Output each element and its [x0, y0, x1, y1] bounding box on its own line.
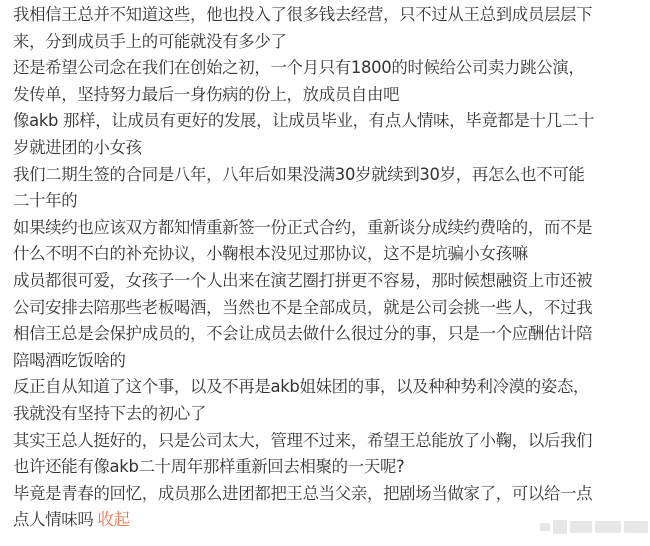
collapse-link[interactable]: 收起	[97, 510, 129, 529]
watermark-block	[540, 523, 550, 531]
comment-line-text: 点人情味吗	[13, 510, 93, 529]
comment-text: 我相信王总并不知道这些，他也投入了很多钱去经营，只不过从王总到成员层层下 来，分…	[13, 2, 643, 534]
comment-line: 公司安排去陪那些老板喝酒，当然也不是全部成员，就是公司会挑一些人，不过我	[13, 295, 643, 322]
comment-line: 成员都很可爱，女孩子一个人出来在演艺圈打拼更不容易，那时候想融资上市还被	[13, 268, 643, 295]
comment-line: 还是希望公司念在我们在创始之初，一个月只有1800的时候给公司卖力跳公演，	[13, 55, 643, 82]
blurred-watermark-icon	[540, 518, 648, 536]
watermark-block	[595, 521, 621, 533]
comment-line: 毕竟是青春的回忆，成员那么进团都把王总当父亲，把剧场当做家了，可以给一点	[13, 481, 643, 508]
comment-line: 发传单，坚持努力最后一身伤病的份上，放成员自由吧	[13, 82, 643, 109]
watermark-block	[624, 521, 648, 533]
comment-line: 我们二期生签的合同是八年，八年后如果没满30岁就续到30岁，再怎么也不可能	[13, 162, 643, 189]
watermark-block	[553, 520, 567, 534]
comment-line: 岁就进团的小女孩	[13, 135, 643, 162]
watermark-block	[570, 521, 592, 533]
comment-line: 相信王总是会保护成员的，不会让成员去做什么很过分的事，只是一个应酬估计陪	[13, 321, 643, 348]
comment-line: 什么不明不白的补充协议，小鞠根本没见过那协议，这不是坑骗小女孩嘛	[13, 241, 643, 268]
comment-line: 如果续约也应该双方都知情重新签一份正式合约，重新谈分成续约费啥的，而不是	[13, 215, 643, 242]
comment-line: 也许还能有像akb二十周年那样重新回去相聚的一天呢?	[13, 454, 643, 481]
comment-line: 我就没有坚持下去的初心了	[13, 401, 643, 428]
comment-line: 来，分到成员手上的可能就没有多少了	[13, 29, 643, 56]
comment-line: 二十年的	[13, 188, 643, 215]
comment-line: 像akb 那样，让成员有更好的发展，让成员毕业，有点人情味，毕竟都是十几二十	[13, 108, 643, 135]
comment-line: 我相信王总并不知道这些，他也投入了很多钱去经营，只不过从王总到成员层层下	[13, 2, 643, 29]
comment-line: 其实王总人挺好的，只是公司太大，管理不过来，希望王总能放了小鞠，以后我们	[13, 428, 643, 455]
comment-line: 反正自从知道了这个事，以及不再是akb姐妹团的事，以及种种势利冷漠的姿态，	[13, 374, 643, 401]
comment-line: 陪喝酒吃饭啥的	[13, 348, 643, 375]
